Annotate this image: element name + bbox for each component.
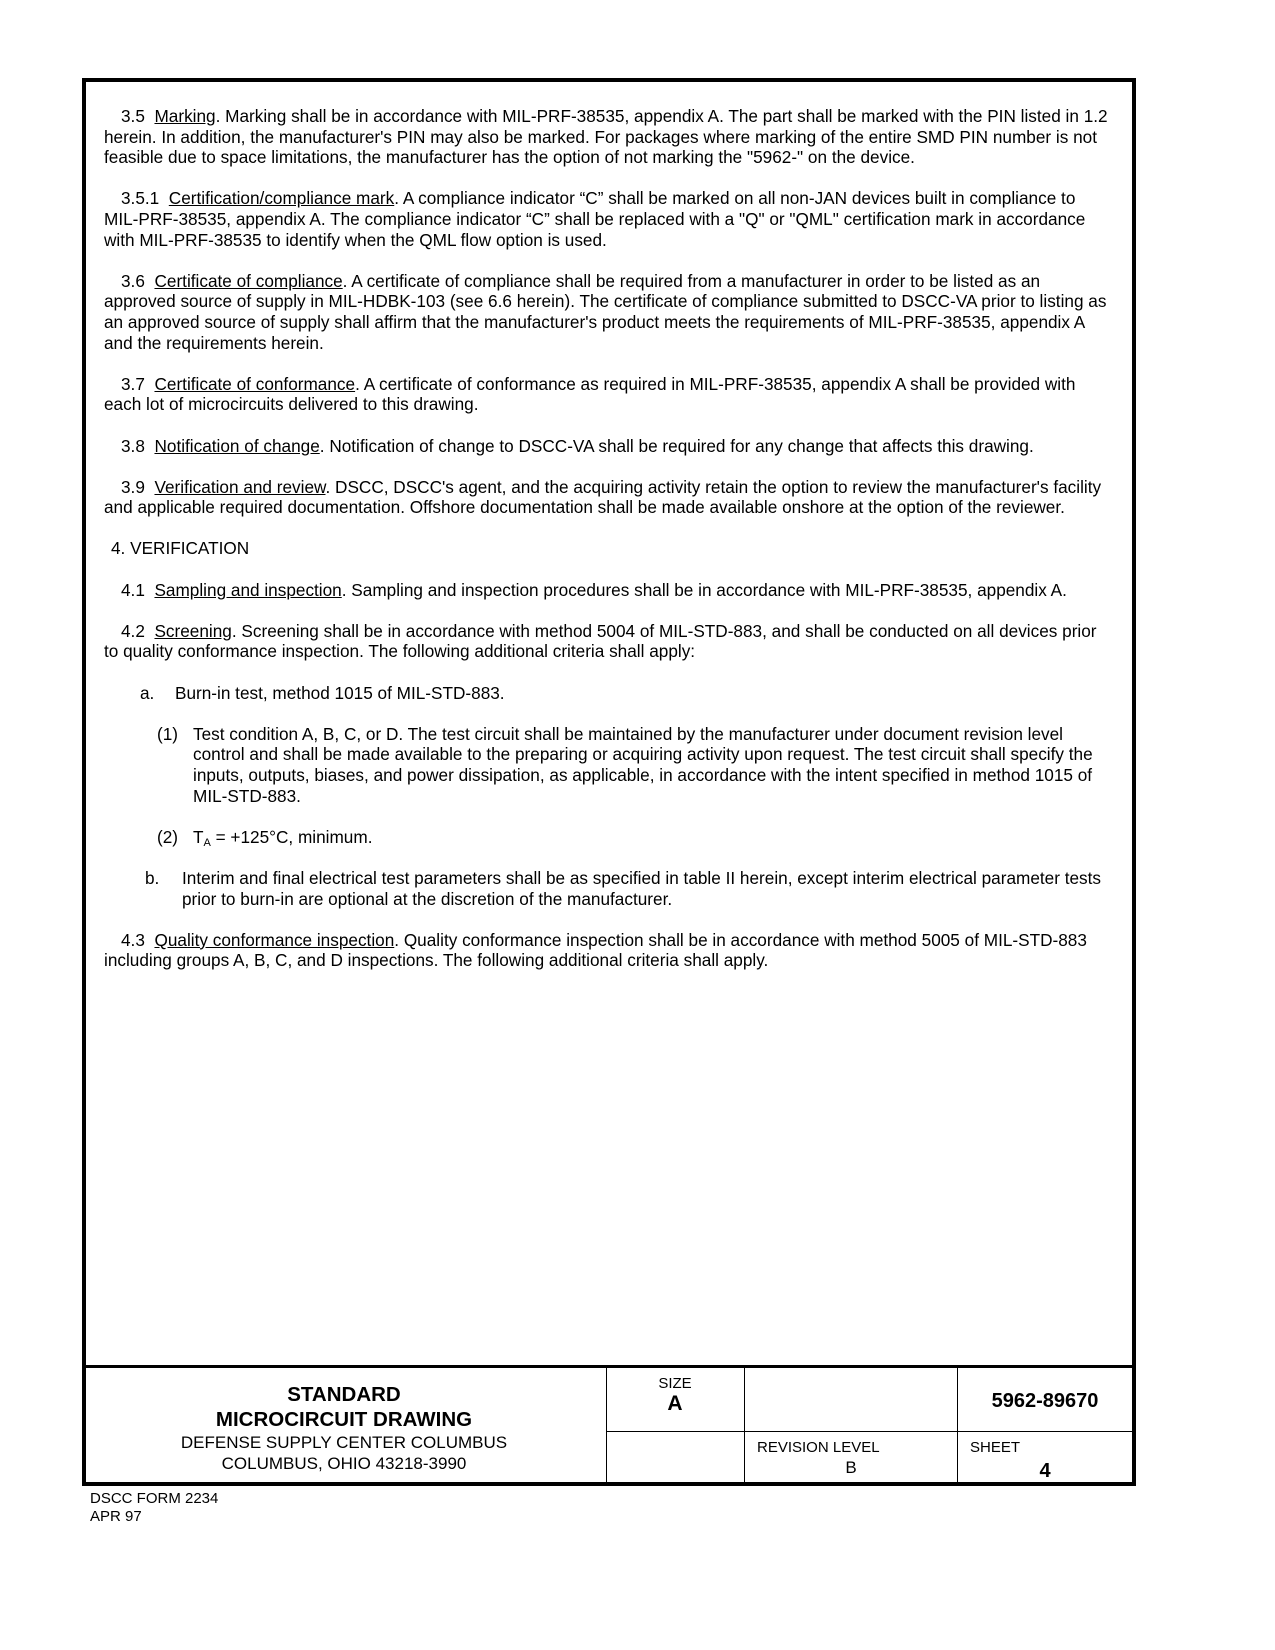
list-item-b: b. Interim and final electrical test par…: [104, 868, 1114, 909]
list-marker: a.: [140, 683, 175, 704]
section-heading: Quality conformance inspection: [154, 930, 394, 950]
sheet-number: 4: [958, 1460, 1132, 1483]
org-line-2: COLUMBUS, OHIO 43218-3990: [82, 1453, 606, 1474]
section-3-8: 3.8 Notification of change. Notification…: [104, 436, 1114, 457]
drawing-number: 5962-89670: [958, 1390, 1132, 1413]
section-4-3: 4.3 Quality conformance inspection. Qual…: [104, 930, 1114, 971]
section-number: 3.7: [121, 374, 145, 394]
revision-value: B: [745, 1458, 957, 1478]
form-identifier: DSCC FORM 2234 APR 97: [90, 1490, 218, 1526]
section-number: 3.8: [121, 436, 145, 456]
blank-cell: [745, 1368, 958, 1432]
list-text: Interim and final electrical test parame…: [182, 868, 1114, 909]
size-label: SIZE: [606, 1375, 744, 1393]
section-4-2: 4.2 Screening. Screening shall be in acc…: [104, 621, 1114, 662]
title-line-1: STANDARD: [82, 1382, 606, 1407]
title-block: STANDARD MICROCIRCUIT DRAWING DEFENSE SU…: [82, 1365, 1136, 1486]
section-text: . Sampling and inspection procedures sha…: [342, 580, 1067, 600]
section-text: . Notification of change to DSCC-VA shal…: [320, 436, 1034, 456]
temperature-subscript: A: [204, 837, 211, 849]
list-item-2: (2) TA = +125°C, minimum.: [104, 827, 1114, 848]
section-3-5: 3.5 Marking. Marking shall be in accorda…: [104, 106, 1114, 168]
sheet-cell: SHEET 4: [958, 1432, 1132, 1486]
section-4-heading: 4. VERIFICATION: [104, 538, 1114, 559]
section-number: 3.6: [121, 271, 145, 291]
revision-cell: REVISION LEVEL B: [745, 1432, 958, 1486]
temperature-symbol: T: [193, 827, 204, 847]
section-heading: Certification/compliance mark: [169, 188, 394, 208]
section-heading: Certificate of conformance: [154, 374, 355, 394]
size-value: A: [606, 1393, 744, 1415]
temperature-text: = +125°C, minimum.: [211, 827, 373, 847]
list-marker: (1): [157, 724, 193, 806]
form-number: DSCC FORM 2234: [90, 1490, 218, 1508]
document-body: 3.5 Marking. Marking shall be in accorda…: [104, 106, 1114, 992]
section-number: 4.2: [121, 621, 145, 641]
section-3-5-1: 3.5.1 Certification/compliance mark. A c…: [104, 188, 1114, 250]
title-block-name: STANDARD MICROCIRCUIT DRAWING DEFENSE SU…: [82, 1368, 607, 1486]
org-line-1: DEFENSE SUPPLY CENTER COLUMBUS: [82, 1432, 606, 1453]
size-cell: SIZE A: [606, 1368, 745, 1432]
list-text: Burn-in test, method 1015 of MIL-STD-883…: [175, 683, 1114, 704]
list-marker: (2): [157, 827, 193, 848]
blank-cell: [606, 1432, 745, 1486]
section-number: 3.9: [121, 477, 145, 497]
section-heading: Certificate of compliance: [154, 271, 342, 291]
list-item-1: (1) Test condition A, B, C, or D. The te…: [104, 724, 1114, 806]
section-text: . Marking shall be in accordance with MI…: [104, 106, 1108, 167]
title-line-2: MICROCIRCUIT DRAWING: [82, 1407, 606, 1432]
revision-label: REVISION LEVEL: [757, 1439, 880, 1457]
section-number: 4.1: [121, 580, 145, 600]
list-marker: b.: [145, 868, 182, 909]
section-heading: Notification of change: [154, 436, 319, 456]
drawing-number-cell: 5962-89670: [958, 1368, 1132, 1432]
section-heading: Screening: [154, 621, 231, 641]
section-heading: Marking: [154, 106, 215, 126]
list-text: Test condition A, B, C, or D. The test c…: [193, 724, 1114, 806]
form-date: APR 97: [90, 1508, 218, 1526]
list-item-a: a. Burn-in test, method 1015 of MIL-STD-…: [104, 683, 1114, 704]
section-text: . Screening shall be in accordance with …: [104, 621, 1097, 662]
section-number: 4.3: [121, 930, 145, 950]
section-3-7: 3.7 Certificate of conformance. A certif…: [104, 374, 1114, 415]
list-text: TA = +125°C, minimum.: [193, 827, 1114, 848]
section-heading: Sampling and inspection: [154, 580, 341, 600]
section-heading: Verification and review: [154, 477, 325, 497]
section-number: 3.5: [121, 106, 145, 126]
section-3-9: 3.9 Verification and review. DSCC, DSCC'…: [104, 477, 1114, 518]
section-number: 3.5.1: [121, 188, 159, 208]
section-3-6: 3.6 Certificate of compliance. A certifi…: [104, 271, 1114, 353]
sheet-label: SHEET: [970, 1439, 1020, 1457]
section-4-1: 4.1 Sampling and inspection. Sampling an…: [104, 580, 1114, 601]
